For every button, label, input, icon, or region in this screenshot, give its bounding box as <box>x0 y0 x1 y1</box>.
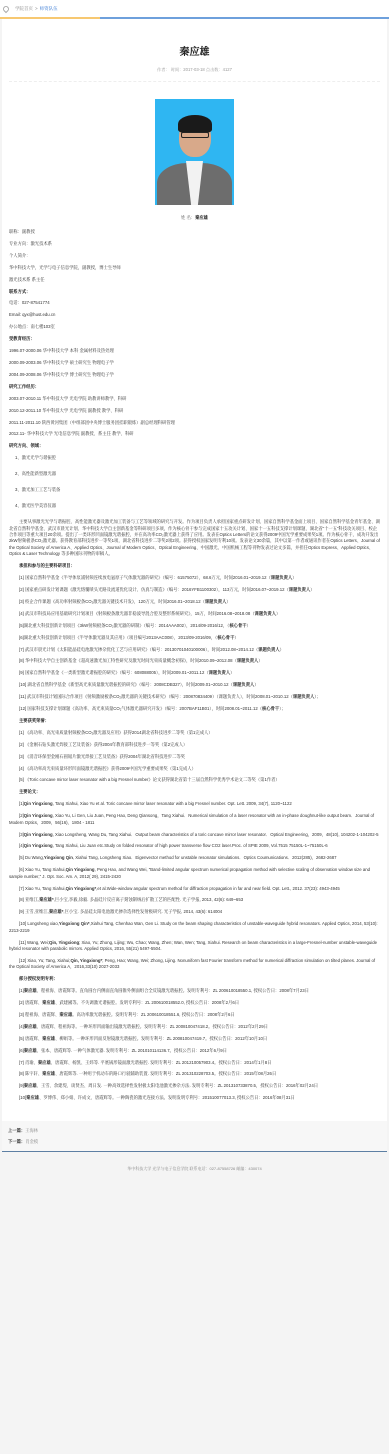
work-item: 2010.12-2011.10 华中科技大学 光电学院 副教授 教学、科研 <box>9 408 380 414</box>
project-item: [2] 国家重点研发计划课题《激光熔覆喷头光路及流道优化设计、仿真与制造》（编号… <box>9 587 380 593</box>
research-item: 1、激光光学与谐振腔 <box>9 455 380 461</box>
contact-heading: 联系方式： <box>9 289 380 295</box>
paper-item: [5] Du Wang,Yingxiong Qin, Xiahui Tang, … <box>9 855 380 861</box>
paper-item: [6] Xiao Yu, Tang Xiahui,Qin Yingxiong, … <box>9 867 380 880</box>
patent-author-bold: 秦应雄 <box>42 1071 55 1076</box>
projects-list: [1] 国家自然科学基金《半导体泵浦射频连续放电氩原子气体激光器的研究》（编号：… <box>9 575 380 712</box>
paper-author-bold: Qin Yingxiong <box>24 813 53 818</box>
paper-item: [3]Qin Yingxiong, Xiao Longsheng, Wang D… <box>9 832 380 838</box>
research-item: 2、高性能新型激光器 <box>9 471 380 477</box>
paper-author-bold: Yingxiong Qin <box>44 855 73 860</box>
patent-item: [9]秦应雄、王雪、余建堤、谈贤杰、周日发. 一种高效选择性发射极太阳电池激光掺… <box>9 1083 380 1089</box>
patent-item: [4]秦应雄、唐霞辉、程祖海等。一种环形凹面输出镜激光谐振腔。发明专利号：ZL … <box>9 1024 380 1030</box>
email: Email: qyx@hust.edu.cn <box>9 312 380 318</box>
project-item: [10] 湖北省自然科学基金《新型高光束质量激光谐振腔的研究》（编号：2008C… <box>9 682 380 688</box>
article-meta: 作者： 时间：2017-03-18 点击数：4127 <box>9 67 380 82</box>
patent-author-bold: 秦应雄 <box>42 1036 55 1041</box>
paper-item: [1]Qin Yingxiong, Tang Xiahui, Xiao Yu e… <box>9 801 380 807</box>
breadcrumb-home[interactable]: 学院首页 <box>15 6 33 12</box>
research-item: 3、激光加工工艺与装备 <box>9 487 380 493</box>
patents-list: [1]秦应雄、程祖海、唐霞辉等。直角圆台内侧面直角圆锥外侧面组合全反镜激光谐振腔… <box>9 988 380 1102</box>
paper-item: [9] 王雪,亚维江,秦应雄*,巨小宝. 多晶硅太阳电池激光掺杂选择性发射极研究… <box>9 909 380 915</box>
paper-item: [12] Xiao, Yu; Tang, Xiahui;Qin, Yingxio… <box>9 958 380 971</box>
next-article-link[interactable]: 肖金模 <box>25 1139 38 1144</box>
project-item: [9] 国家自然科学基金《一类新型激光谐振腔的研究》（编号：608088005）… <box>9 670 380 676</box>
research-heading: 研究方向、领域： <box>9 443 380 449</box>
page-title: 秦应雄 <box>9 19 380 58</box>
project-item: [7] 武汉市晨光计划《太阳能晶硅电池激光掺杂优化工艺与应用研究》（编号：201… <box>9 647 380 653</box>
work-item: 2012.11- 华中科技大学 光电信息学院 副教授、系主任 教学、科研 <box>9 431 380 437</box>
award-item: [3] 《消音环保型金刚石圆锯片激光焊接工艺及装备》获得2004年湖北省科技进步… <box>9 754 380 760</box>
location-icon <box>2 4 10 12</box>
article-content: 职称：副教授 专业方向：激光技术系 个人简介： 华中科技大学，光学与电子信息学院… <box>9 229 380 1102</box>
project-role: 核心骨干 <box>217 635 234 640</box>
article-card: 秦应雄 作者： 时间：2017-03-18 点击数：4127 姓 名：秦应雄 职… <box>2 19 387 1121</box>
paper-author-bold: Yingxiong Qin* <box>59 921 90 926</box>
patent-item: [7] 肖瑜、秦应雄、唐霞辉、杨凯、王炜等. 平底锅形镜面激光谐振腔. 发明专利… <box>9 1060 380 1066</box>
research-item: 4、激光医学美容仪器 <box>9 503 380 509</box>
project-role: 课题负责人 <box>233 682 254 687</box>
patent-item: [10]秦应雄、罗博伟、郑小娟、许成文、唐霞辉等。一种陶瓷的激光连接方法。发明发… <box>9 1095 380 1101</box>
article-navigation: 上一篇：王海林 下一篇：肖金模 <box>2 1121 387 1152</box>
paper-author-bold: Qin, Yingxiong <box>49 940 79 945</box>
paper-author-bold: Qin Yingxiong <box>66 867 95 872</box>
work-heading: 研究工作经历： <box>9 384 380 390</box>
education-item: 2004.09-2008.06 华中科技大学 博士研究生 物理电子学 <box>9 372 380 378</box>
project-item: [6]湖北重大科技创新计划项目《半导体激光器及其应用》（项目编号2013AAC0… <box>9 635 380 641</box>
patent-item: [1]秦应雄、程祖海、唐霞辉等。直角圆台内侧面直角圆锥外侧面组合全反镜激光谐振腔… <box>9 988 380 994</box>
paper-author-bold: 秦应雄* <box>39 897 54 902</box>
patent-author-bold: 秦应雄 <box>24 1083 37 1088</box>
paper-item: [4]Qin Yingxiong, Tang Xiahui, Liu Juan … <box>9 843 380 849</box>
patent-item: [6]秦应雄、张本、唐霞辉等. 一种气体激光器. 发明专利号：ZL 201010… <box>9 1048 380 1054</box>
awards-heading: 主要获奖荣誉： <box>9 718 380 724</box>
patent-author-bold: 秦应雄 <box>59 1012 72 1017</box>
project-role: 课题负责人 <box>271 575 292 580</box>
patent-author-bold: 秦应雄 <box>24 1024 37 1029</box>
work-item: 2003.07-2010.11 华中科技大学 光电学院 助教讲师教学、科研 <box>9 396 380 402</box>
next-article[interactable]: 下一篇：肖金模 <box>8 1136 381 1147</box>
paper-author-bold: Qin Yingxiong* <box>66 886 97 891</box>
paper-author-bold: Qin Yingxiong <box>24 843 53 848</box>
research-summary: 主要从事激光光学与谐振腔、高性能激光器及激光加工装备与工艺等领域的研究与开发。作… <box>9 519 380 557</box>
project-role: 课题负责人 <box>293 694 314 699</box>
prev-article[interactable]: 上一篇：王海林 <box>8 1125 381 1136</box>
paper-author-bold: 秦应雄* <box>49 909 64 914</box>
photo-caption: 姓 名：秦应雄 <box>9 215 380 221</box>
major: 专业方向：激光技术系 <box>9 241 380 247</box>
projects-heading: 承担和参与的主要科研项目： <box>9 563 380 569</box>
intro-label: 个人简介： <box>9 253 380 259</box>
work-item: 2011.11-2011.10 陕西黄河集团（中组部团中央博士服务团挂职锻炼）副… <box>9 420 380 426</box>
patent-item: [8] 陈宇轩、秦应雄、唐霞辉等. 一种用于机动车的路口行驶辅助装置. 发明专利… <box>9 1071 380 1077</box>
education-heading: 受教育经历： <box>9 336 380 342</box>
patent-author-bold: 秦应雄 <box>24 1048 37 1053</box>
paper-author-bold: Qin, Yingxiong* <box>70 958 102 963</box>
project-item: [11] 武汉市科技计划国际合作项目《射频激励板条CO₂激光器的关键技术研究》（… <box>9 694 380 700</box>
award-item: [2] 《金刚石钻头激光焊接工艺及装备》获得2004年教育部科技进步一等奖（第2… <box>9 742 380 748</box>
project-item: [12] 国家科技支撑计划课题《高功率、高光束质量CO₂气体激光器研究开发》（编… <box>9 706 380 712</box>
paper-author-bold: Qin Yingxiong <box>24 801 53 806</box>
phone: 电话：027-87541774 <box>9 300 380 306</box>
patent-author-bold: 秦应雄 <box>42 1000 55 1005</box>
profile-photo <box>155 99 234 205</box>
intro-line: 华中科技大学，光学与电子信息学院，副教授，博士生导师 <box>9 265 380 271</box>
paper-item: [8] 亚维江,秦应雄*,巨小宝,李毅,徐毅. 多晶硅片反应离子刻蚀制绒后扩散工… <box>9 897 380 903</box>
project-item: [8] 华中科技大学自主创新基金《超高速激光加工特性研究及激光时间光束质量概念初… <box>9 658 380 664</box>
project-role: 课题负责人 <box>258 647 279 652</box>
office: 办公地点：南七楼103室 <box>9 324 380 330</box>
papers-list: [1]Qin Yingxiong, Tang Xiahui, Xiao Yu e… <box>9 801 380 970</box>
project-item: [1] 国家自然科学基金《半导体泵浦射频连续放电氩原子气体激光器的研究》（编号：… <box>9 575 380 581</box>
papers-heading: 主要论文： <box>9 789 380 795</box>
paper-item: [10] Longsheng xiao,Yingxiong Qin*,Xiahu… <box>9 921 380 934</box>
patents-heading: 部分授权发明专利： <box>9 976 380 982</box>
project-role: 课题负责人 <box>237 658 258 663</box>
footer: 华中科技大学 光学与电子信息学院 联系电话：027-87558726 邮编：43… <box>0 1166 389 1172</box>
patent-item: [2] 唐霞辉、秦应雄、武建國等。不失调激光谐振腔。发明专利号：ZL 20061… <box>9 1000 380 1006</box>
patent-author-bold: 秦应雄 <box>24 988 37 993</box>
project-item: [4] 武汉市科技局应用基础研究计划项目《射频板条激光器非稳波导混合腔及整形系统… <box>9 611 380 617</box>
paper-item: [11] Wang, Wei;Qin, Yingxiong; Xiao, Yu;… <box>9 940 380 953</box>
project-role: 核心骨干 <box>262 706 279 711</box>
project-role: 课题负责人 <box>289 587 310 592</box>
project-role: 课题负责人 <box>205 599 226 604</box>
award-item: [5] 《Toric concave mirror laser resonato… <box>9 777 380 783</box>
education-item: 2000.09-2003.06 华中科技大学 硕士研究生 物理电子学 <box>9 360 380 366</box>
patent-author-bold: 秦应雄 <box>26 1095 39 1100</box>
project-item: [5]湖北重大科技创新计划项目《3kW射频板条CO₂激光器的研制》（编号：201… <box>9 623 380 629</box>
breadcrumb-faculty[interactable]: 师资队伍 <box>40 6 58 12</box>
project-item: [3] 校企合作课题《高功率射频板条CO₂激光器关键技术开发》，120万元，时间… <box>9 599 380 605</box>
patent-item: [5] 唐霞辉、秦应雄、柳娟等。一种环形凹面反射镜激光谐振腔。发明专利号：ZL … <box>9 1036 380 1042</box>
award-item: [4] 《高功率高光束质量环形凹面镜激光谐振腔》获得2009中国光学重要成果奖（… <box>9 766 380 772</box>
breadcrumb: 学院首页 > 师资队伍 <box>0 0 389 17</box>
intro-line: 激光技术系 系主任 <box>9 277 380 283</box>
project-role: 课题负责人 <box>255 611 276 616</box>
paper-item: [2]Qin Yingxiong, Xiao Yu, Li Gen, Liu J… <box>9 813 380 826</box>
project-role: 核心骨干 <box>229 623 246 628</box>
patent-item: [3] 程祖海、唐霞辉、秦应雄。高功率激光谐振腔。发明专利号：ZL 200610… <box>9 1012 380 1018</box>
prev-article-link[interactable]: 王海林 <box>25 1128 38 1133</box>
project-role: 课题负责人 <box>209 670 230 675</box>
job-title: 职称：副教授 <box>9 229 380 235</box>
education-item: 1996.07-2000.06 华中科技大学 本科 金属材料及热处理 <box>9 348 380 354</box>
award-item: [1] 《高功率、高光束质量射频板条CO₂激光器及应用》获得2014湖北省科技进… <box>9 730 380 736</box>
awards-list: [1] 《高功率、高光束质量射频板条CO₂激光器及应用》获得2014湖北省科技进… <box>9 730 380 784</box>
breadcrumb-separator: > <box>35 6 38 11</box>
accent-bar <box>0 17 389 19</box>
patent-author-bold: 秦应雄 <box>38 1060 51 1065</box>
paper-author-bold: Qin Yingxiong <box>24 832 53 837</box>
paper-item: [7] Xiao Yu, Tang Xiahui,Qin Yingxiong*,… <box>9 886 380 892</box>
